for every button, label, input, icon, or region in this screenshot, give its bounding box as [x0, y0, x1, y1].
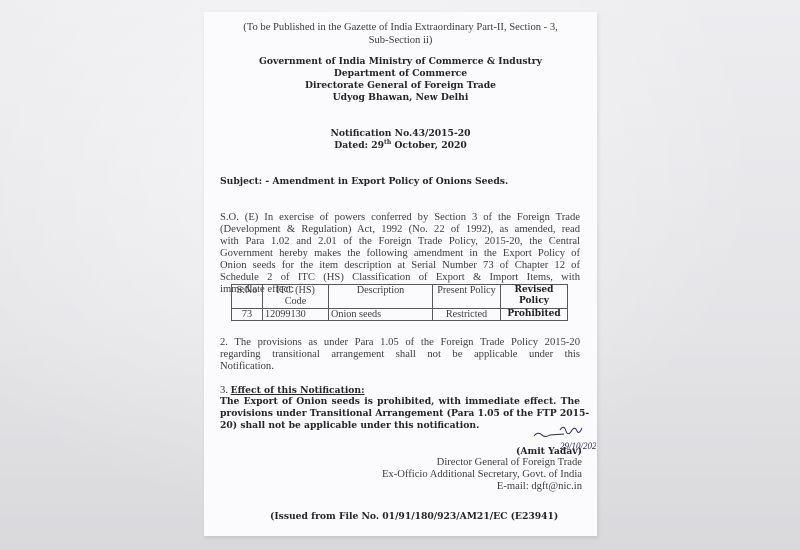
gazette-note-line-2: Sub-Section ii) [204, 36, 597, 47]
cell-description: Onion seeds [329, 309, 433, 321]
signatory-name: (Amit Yadav) [516, 447, 582, 456]
header-revised-policy: Revised Policy [501, 285, 568, 309]
gazette-note-line-1: (To be Published in the Gazette of India… [204, 23, 597, 34]
cell-revised-policy: Prohibited [501, 309, 568, 321]
policy-amendment-table: S.No ITC (HS) Code Description Present P… [231, 284, 568, 321]
notification-date: Dated: 29th October, 2020 [204, 140, 597, 150]
cell-itc-code: 12099130 [263, 309, 329, 321]
signatory-title: Director General of Foreign Trade [437, 458, 582, 469]
cell-sno: 73 [232, 309, 263, 321]
subject-line: Subject: - Amendment in Export Policy of… [220, 177, 508, 186]
signatory-email: E-mail: dgft@nic.in [497, 482, 582, 493]
header-present-policy: Present Policy [433, 285, 501, 309]
section-3-heading: 3. Effect of this Notification: [220, 386, 365, 397]
signatory-designation: Ex-Officio Additional Secretary, Govt. o… [382, 470, 582, 481]
file-reference: (Issued from File No. 01/91/180/923/AM21… [270, 512, 558, 521]
letterhead-address: Udyog Bhawan, New Delhi [204, 93, 597, 102]
letterhead-ministry: Government of India Ministry of Commerce… [204, 57, 597, 66]
table-header-row: S.No ITC (HS) Code Description Present P… [232, 285, 568, 309]
notification-number: Notification No.43/2015-20 [204, 129, 597, 138]
header-description: Description [329, 285, 433, 309]
letterhead-directorate: Directorate General of Foreign Trade [204, 81, 597, 90]
table-row: 73 12099130 Onion seeds Restricted Prohi… [232, 309, 568, 321]
cell-present-policy: Restricted [433, 309, 501, 321]
document-page: (To be Published in the Gazette of India… [204, 12, 597, 536]
header-itc-code: ITC (HS) Code [263, 285, 329, 309]
letterhead-department: Department of Commerce [204, 69, 597, 78]
header-sno: S.No [232, 285, 263, 309]
